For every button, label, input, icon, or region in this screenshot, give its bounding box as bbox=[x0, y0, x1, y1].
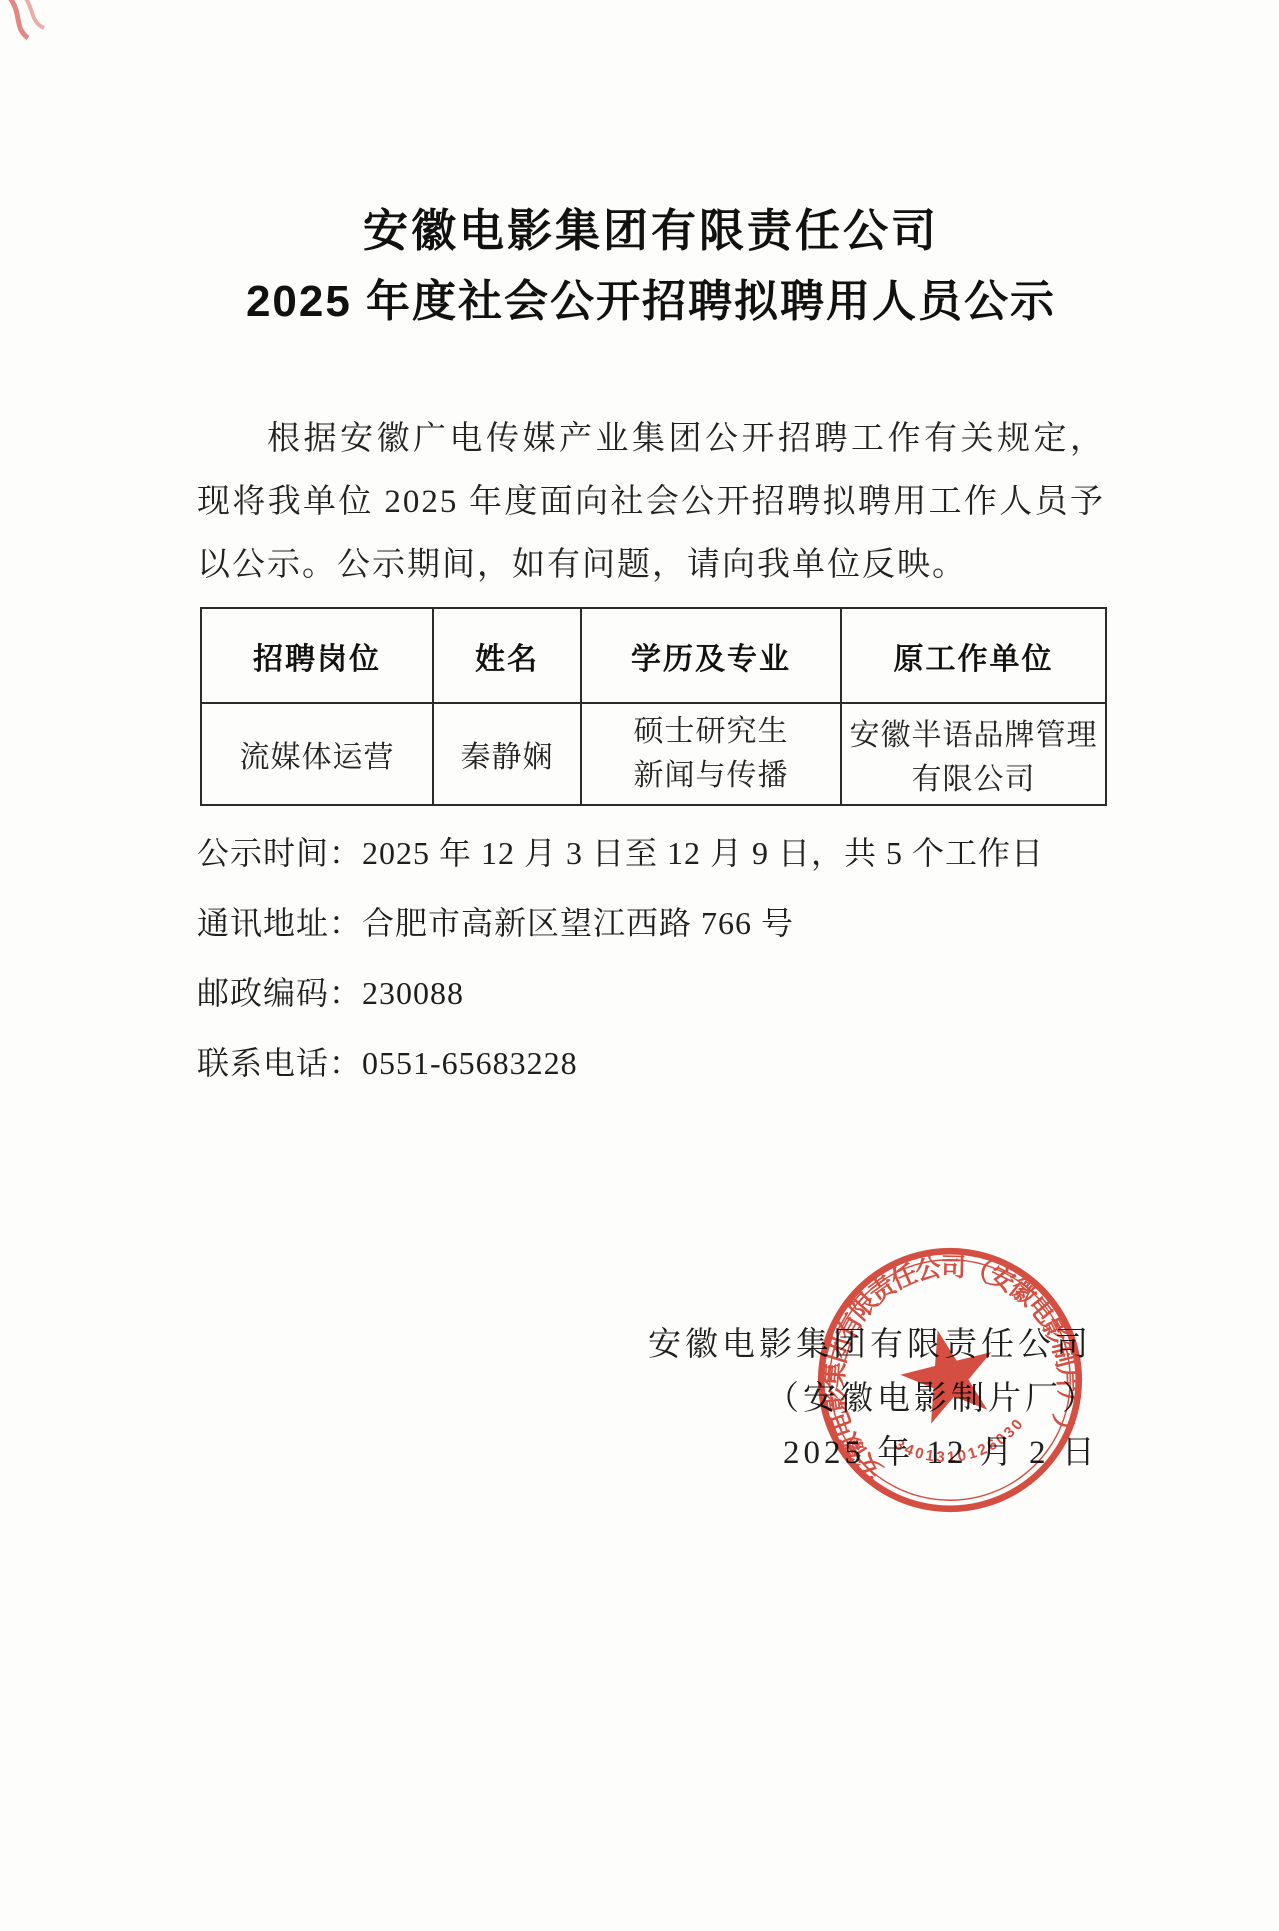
info-block: 公示时间：2025 年 12 月 3 日至 12 月 9 日，共 5 个工作日 … bbox=[197, 818, 1147, 1098]
cell-education: 硕士研究生 新闻与传播 bbox=[581, 703, 841, 805]
info-mailing-address: 通讯地址：合肥市高新区望江西路 766 号 bbox=[197, 888, 1147, 958]
company-seal-stamp: 安徽电影集团有限责任公司（安徽电影制片厂） 3401310126030 bbox=[778, 1208, 1122, 1552]
info-publicity-period: 公示时间：2025 年 12 月 3 日至 12 月 9 日，共 5 个工作日 bbox=[197, 818, 1147, 888]
info-postal-code: 邮政编码：230088 bbox=[197, 958, 1147, 1028]
header-position: 招聘岗位 bbox=[201, 608, 433, 703]
cell-former-employer: 安徽半语品牌管理有限公司 bbox=[841, 703, 1106, 805]
candidate-table: 招聘岗位 姓名 学历及专业 原工作单位 流媒体运营 秦静娴 硕士研究生 新闻与传… bbox=[200, 607, 1107, 806]
title-company-line: 安徽电影集团有限责任公司 bbox=[197, 196, 1105, 266]
table-row: 流媒体运营 秦静娴 硕士研究生 新闻与传播 安徽半语品牌管理有限公司 bbox=[201, 703, 1106, 805]
header-name: 姓名 bbox=[433, 608, 581, 703]
document-page: 安徽电影集团有限责任公司 2025 年度社会公开招聘拟聘用人员公示 根据安徽广电… bbox=[0, 0, 1279, 1931]
header-former-employer: 原工作单位 bbox=[841, 608, 1106, 703]
svg-text:3401310126030: 3401310126030 bbox=[889, 1405, 1034, 1481]
seal-star-icon bbox=[892, 1319, 1004, 1428]
scan-artifact-red-mark bbox=[4, 0, 74, 51]
cell-position: 流媒体运营 bbox=[201, 703, 433, 805]
document-title: 安徽电影集团有限责任公司 2025 年度社会公开招聘拟聘用人员公示 bbox=[197, 196, 1105, 338]
header-education: 学历及专业 bbox=[581, 608, 841, 703]
table-header-row: 招聘岗位 姓名 学历及专业 原工作单位 bbox=[201, 608, 1106, 703]
announcement-paragraph: 根据安徽广电传媒产业集团公开招聘工作有关规定，现将我单位 2025 年度面向社会… bbox=[197, 408, 1105, 597]
cell-education-major: 新闻与传播 bbox=[582, 754, 840, 798]
info-phone-number: 联系电话：0551-65683228 bbox=[197, 1028, 1147, 1098]
cell-name: 秦静娴 bbox=[433, 703, 581, 805]
cell-education-degree: 硕士研究生 bbox=[582, 710, 840, 754]
title-subject-line: 2025 年度社会公开招聘拟聘用人员公示 bbox=[197, 266, 1105, 338]
seal-serial-number: 3401310126030 bbox=[889, 1405, 1034, 1481]
